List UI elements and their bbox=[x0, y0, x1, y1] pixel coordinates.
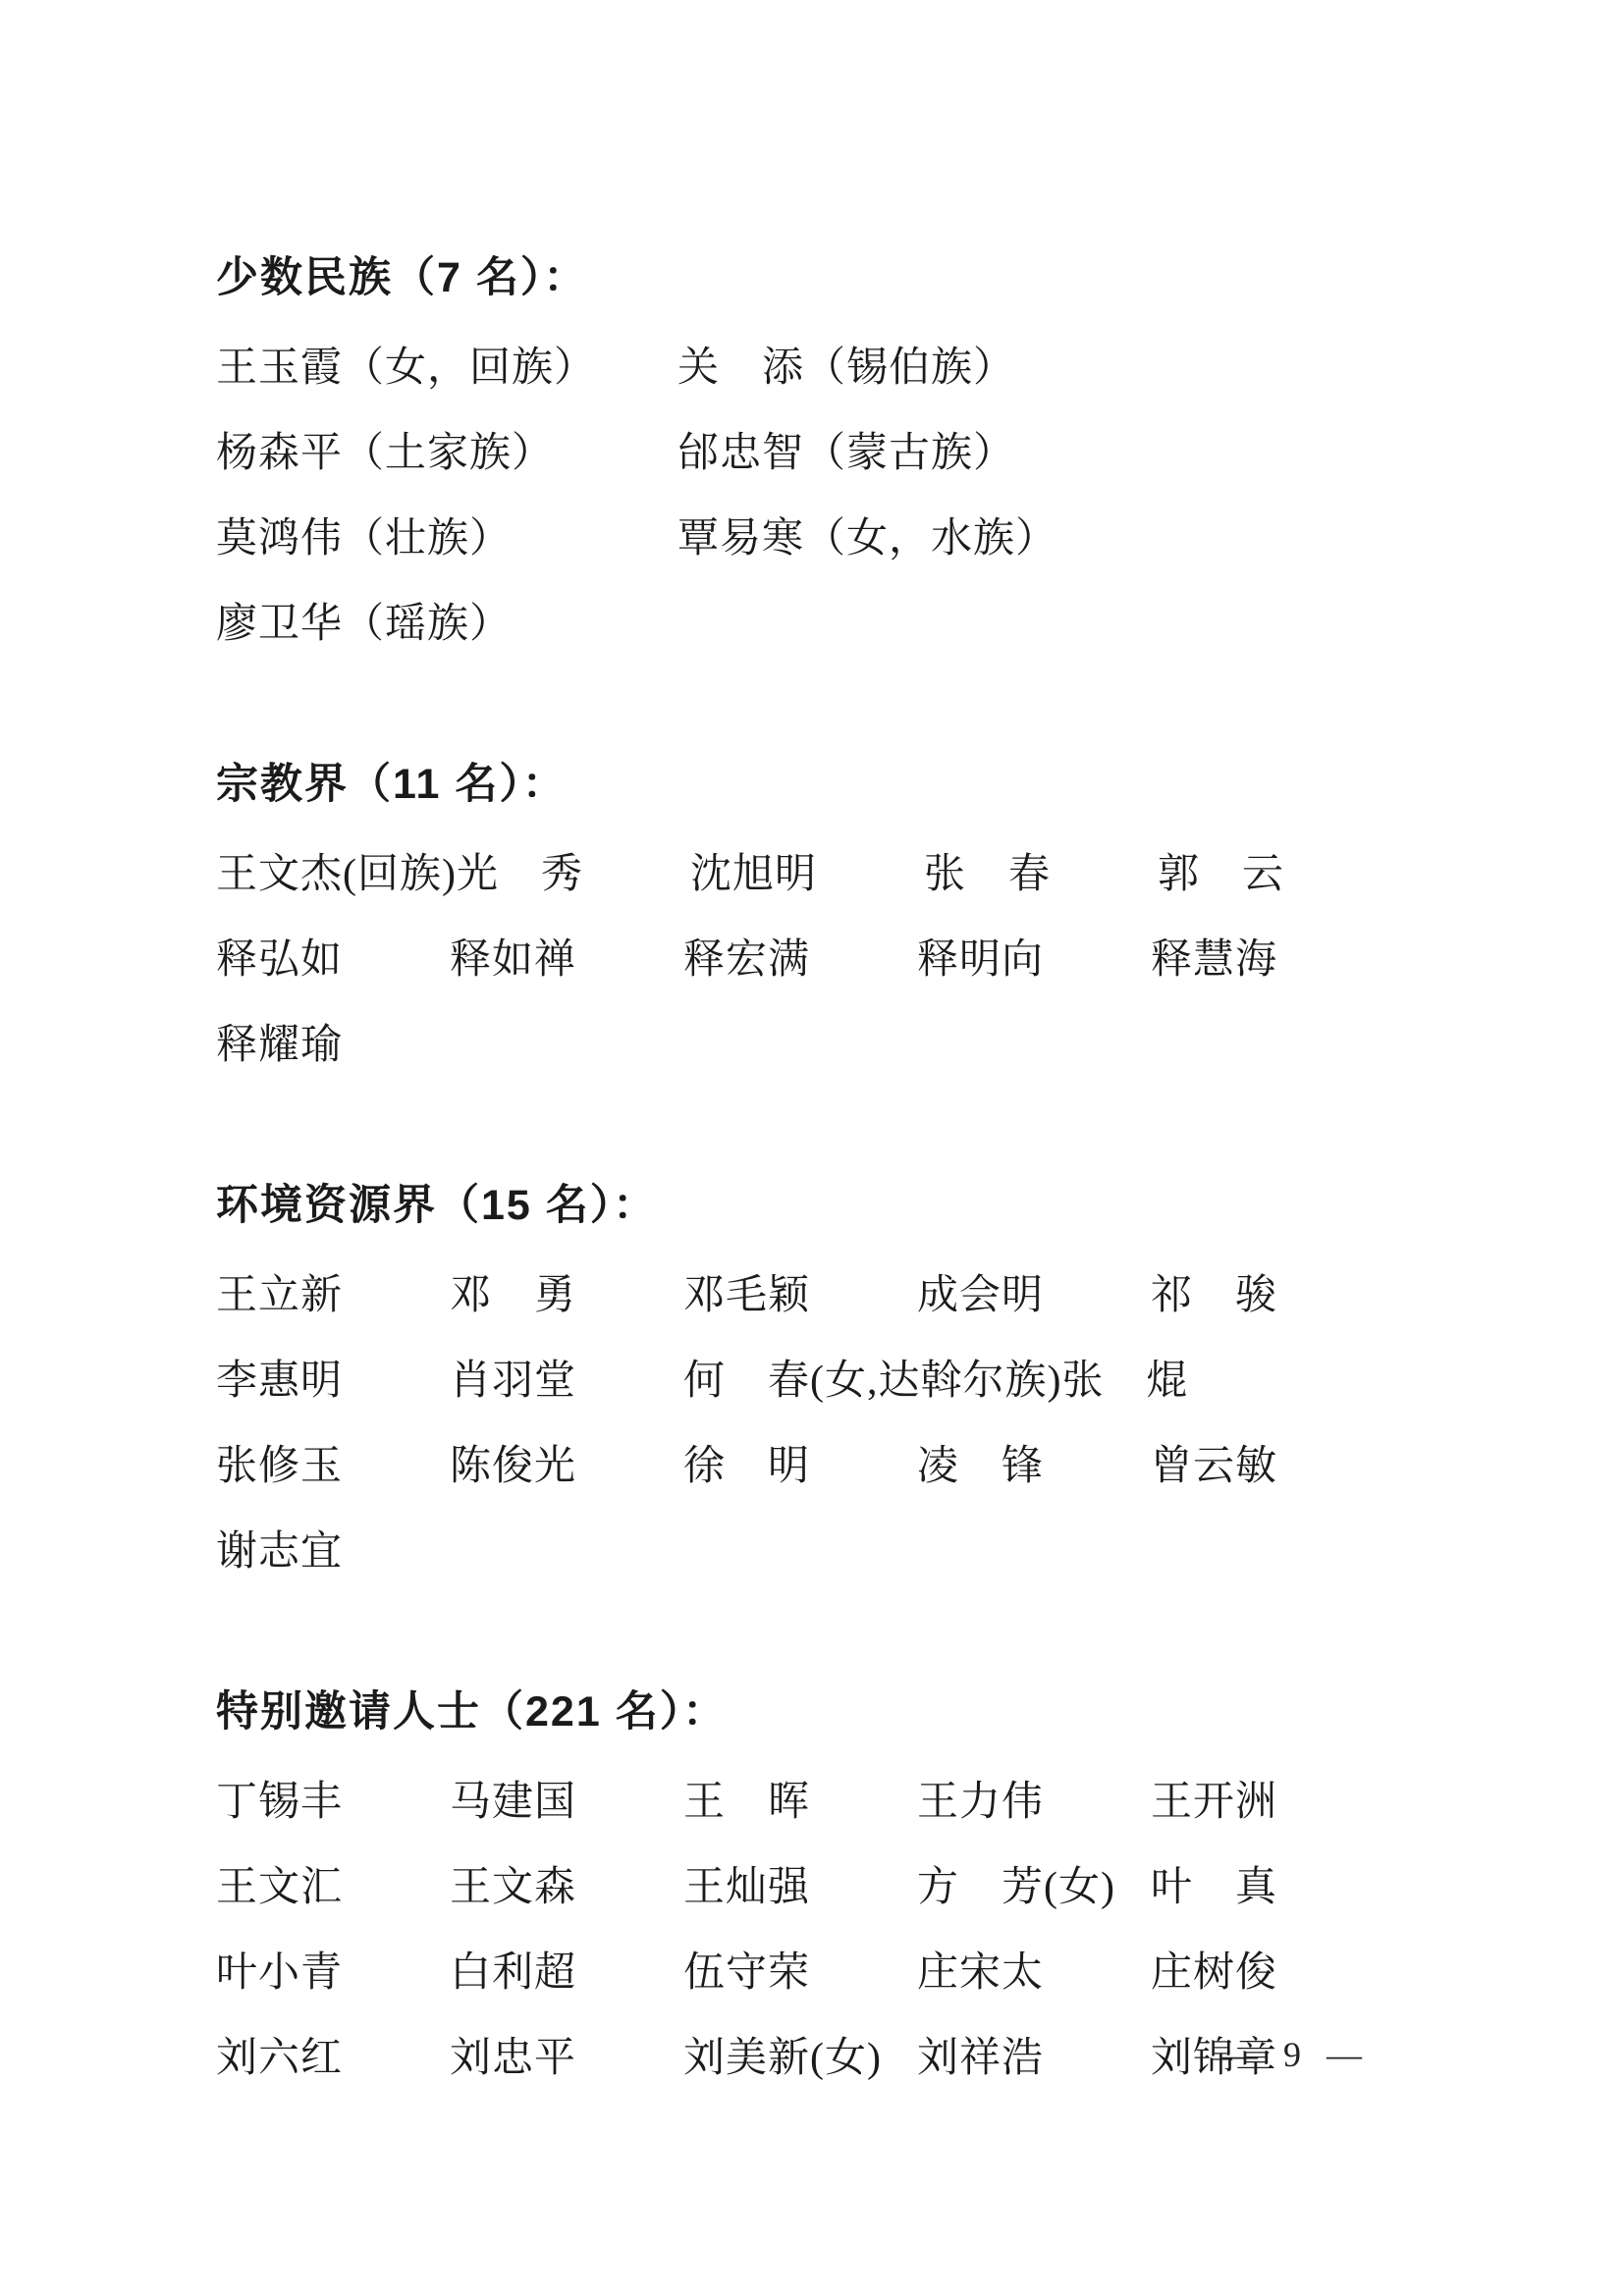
name-cell: 沈旭明 bbox=[690, 832, 924, 918]
page-footer: — 9 — bbox=[1222, 2034, 1362, 2075]
name-cell: 叶 真 bbox=[1151, 1845, 1384, 1931]
member-section: 少数民族（7 名）：王玉霞（女，回族）关 添（锡伯族）杨森平（土家族）邰忠智（蒙… bbox=[216, 236, 1394, 667]
name-cell: 光 秀 bbox=[457, 832, 690, 918]
name-cell: 马建国 bbox=[450, 1760, 683, 1845]
page-number: 9 bbox=[1283, 2034, 1301, 2075]
name-row: 丁锡丰马建国王 晖王力伟王开洲 bbox=[216, 1760, 1394, 1845]
name-row: 叶小青白利超伍守荣庄宋太庄树俊 bbox=[216, 1931, 1394, 2016]
name-cell: 王文森 bbox=[450, 1845, 683, 1931]
name-cell: 曾云敏 bbox=[1151, 1424, 1384, 1510]
name-cell: 丁锡丰 bbox=[216, 1760, 450, 1845]
name-cell: 刘美新(女) bbox=[683, 2016, 917, 2102]
name-row: 莫鸿伟（壮族）覃易寒（女，水族） bbox=[216, 497, 1394, 582]
section-title: 特别邀请人士（221 名）： bbox=[216, 1670, 1394, 1760]
name-cell: 王立新 bbox=[216, 1254, 450, 1339]
name-cell: 刘忠平 bbox=[450, 2016, 683, 2102]
member-section: 特别邀请人士（221 名）：丁锡丰马建国王 晖王力伟王开洲王文汇王文森王灿强方 … bbox=[216, 1670, 1394, 2102]
name-row: 谢志宜 bbox=[216, 1510, 1394, 1595]
section-title: 少数民族（7 名）： bbox=[216, 236, 1394, 326]
name-cell: 释耀瑜 bbox=[216, 1003, 450, 1089]
name-cell: 覃易寒（女，水族） bbox=[677, 497, 1139, 582]
name-cell: 邰忠智（蒙古族） bbox=[677, 411, 1139, 497]
name-row: 释弘如释如禅释宏满释明向释慧海 bbox=[216, 918, 1394, 1003]
name-cell: 凌 锋 bbox=[917, 1424, 1151, 1510]
name-cell: 释慧海 bbox=[1151, 918, 1384, 1003]
name-cell: 谢志宜 bbox=[216, 1510, 450, 1595]
name-cell: 刘祥浩 bbox=[917, 2016, 1151, 2102]
name-cell: 成会明 bbox=[917, 1254, 1151, 1339]
name-row: 王文杰(回族)光 秀沈旭明张 春郭 云 bbox=[216, 832, 1394, 918]
name-cell: 莫鸿伟（壮族） bbox=[216, 497, 677, 582]
name-cell: 方 芳(女) bbox=[917, 1845, 1151, 1931]
name-cell: 徐 明 bbox=[683, 1424, 917, 1510]
name-cell: 释宏满 bbox=[683, 918, 917, 1003]
name-cell: 王文杰(回族) bbox=[216, 832, 457, 918]
footer-dash-right: — bbox=[1326, 2034, 1362, 2075]
name-cell: 邓 勇 bbox=[450, 1254, 683, 1339]
name-cell: 白利超 bbox=[450, 1931, 683, 2016]
name-cell: 陈俊光 bbox=[450, 1424, 683, 1510]
name-cell: 李惠明 bbox=[216, 1339, 450, 1424]
name-row: 廖卫华（瑶族） bbox=[216, 582, 1394, 667]
name-cell: 肖羽堂 bbox=[450, 1339, 683, 1424]
name-cell: 何 春(女,达斡尔族) bbox=[683, 1339, 1061, 1424]
name-cell: 王文汇 bbox=[216, 1845, 450, 1931]
section-title: 宗教界（11 名）： bbox=[216, 742, 1394, 832]
name-cell: 王开洲 bbox=[1151, 1760, 1384, 1845]
name-cell: 伍守荣 bbox=[683, 1931, 917, 2016]
name-cell: 王 晖 bbox=[683, 1760, 917, 1845]
footer-dash-left: — bbox=[1222, 2034, 1258, 2075]
name-cell: 叶小青 bbox=[216, 1931, 450, 2016]
name-cell: 邓毛颖 bbox=[683, 1254, 917, 1339]
name-row: 李惠明肖羽堂何 春(女,达斡尔族)张 焜 bbox=[216, 1339, 1394, 1424]
name-cell: 关 添（锡伯族） bbox=[677, 326, 1139, 411]
name-cell: 张 焜 bbox=[1061, 1339, 1295, 1424]
name-cell: 王玉霞（女，回族） bbox=[216, 326, 677, 411]
content: 少数民族（7 名）：王玉霞（女，回族）关 添（锡伯族）杨森平（土家族）邰忠智（蒙… bbox=[0, 0, 1394, 2102]
section-title: 环境资源界（15 名）： bbox=[216, 1163, 1394, 1254]
name-cell: 释如禅 bbox=[450, 918, 683, 1003]
name-row: 王玉霞（女，回族）关 添（锡伯族） bbox=[216, 326, 1394, 411]
name-cell: 廖卫华（瑶族） bbox=[216, 582, 677, 667]
name-cell: 张 春 bbox=[924, 832, 1158, 918]
name-row: 杨森平（土家族）邰忠智（蒙古族） bbox=[216, 411, 1394, 497]
name-row: 张修玉陈俊光徐 明凌 锋曾云敏 bbox=[216, 1424, 1394, 1510]
name-cell: 杨森平（土家族） bbox=[216, 411, 677, 497]
name-cell: 祁 骏 bbox=[1151, 1254, 1384, 1339]
name-cell: 庄树俊 bbox=[1151, 1931, 1384, 2016]
member-section: 宗教界（11 名）：王文杰(回族)光 秀沈旭明张 春郭 云释弘如释如禅释宏满释明… bbox=[216, 742, 1394, 1089]
name-cell: 刘六红 bbox=[216, 2016, 450, 2102]
name-cell: 庄宋太 bbox=[917, 1931, 1151, 2016]
name-row: 王立新邓 勇邓毛颖成会明祁 骏 bbox=[216, 1254, 1394, 1339]
name-cell: 释明向 bbox=[917, 918, 1151, 1003]
document-page: 少数民族（7 名）：王玉霞（女，回族）关 添（锡伯族）杨森平（土家族）邰忠智（蒙… bbox=[0, 0, 1624, 2296]
name-row: 刘六红刘忠平刘美新(女)刘祥浩刘锦章 bbox=[216, 2016, 1394, 2102]
name-cell: 张修玉 bbox=[216, 1424, 450, 1510]
name-cell: 王力伟 bbox=[917, 1760, 1151, 1845]
name-cell: 王灿强 bbox=[683, 1845, 917, 1931]
name-row: 王文汇王文森王灿强方 芳(女)叶 真 bbox=[216, 1845, 1394, 1931]
name-row: 释耀瑜 bbox=[216, 1003, 1394, 1089]
name-cell: 郭 云 bbox=[1158, 832, 1391, 918]
name-cell: 释弘如 bbox=[216, 918, 450, 1003]
member-section: 环境资源界（15 名）：王立新邓 勇邓毛颖成会明祁 骏李惠明肖羽堂何 春(女,达… bbox=[216, 1163, 1394, 1595]
